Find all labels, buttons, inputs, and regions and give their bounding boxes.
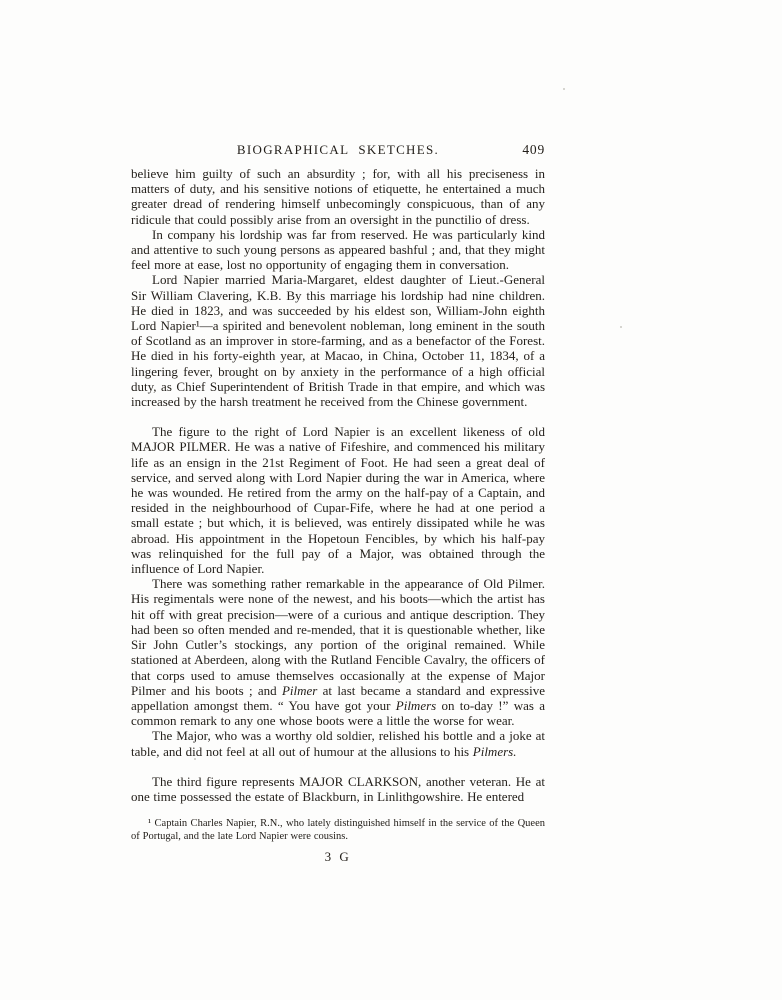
text-run: The figure to the right of Lord Napier i…: [131, 424, 545, 576]
text-run: believe him guilty of such an absurdity …: [131, 166, 545, 227]
page-number: 409: [522, 142, 545, 158]
text-block: BIOGRAPHICAL SKETCHES. 409 believe him g…: [131, 142, 545, 865]
paragraph: In company his lordship was far from res…: [131, 227, 545, 273]
footnote: ¹ Captain Charles Napier, R.N., who late…: [131, 817, 545, 843]
text-run: The third figure represents MAJOR CLARKS…: [131, 774, 545, 804]
signature-mark: 3 G: [131, 849, 545, 865]
text-run: There was something rather remarkable in…: [131, 576, 545, 697]
italic-text-run: Pilmers.: [473, 744, 517, 759]
page-header: BIOGRAPHICAL SKETCHES. 409: [131, 142, 545, 158]
paragraph: The third figure represents MAJOR CLARKS…: [131, 774, 545, 804]
scan-speck: [620, 326, 622, 328]
paragraph: The Major, who was a worthy old soldier,…: [131, 728, 545, 758]
scan-speck: [563, 88, 565, 90]
text-run: In company his lordship was far from res…: [131, 227, 545, 272]
text-run: Lord Napier married Maria-Margaret, elde…: [131, 272, 545, 409]
paragraph: The figure to the right of Lord Napier i…: [131, 424, 545, 576]
italic-text-run: Pilmers: [396, 698, 436, 713]
italic-text-run: Pilmer: [282, 683, 317, 698]
scan-speck: [194, 758, 196, 760]
paragraph: believe him guilty of such an absurdity …: [131, 166, 545, 227]
running-title: BIOGRAPHICAL SKETCHES.: [131, 142, 545, 158]
body-text: believe him guilty of such an absurdity …: [131, 166, 545, 804]
text-run: ¹ Captain Charles Napier, R.N., who late…: [131, 818, 545, 842]
book-page: BIOGRAPHICAL SKETCHES. 409 believe him g…: [0, 0, 782, 1000]
paragraph: There was something rather remarkable in…: [131, 576, 545, 728]
paragraph: Lord Napier married Maria-Margaret, elde…: [131, 272, 545, 409]
